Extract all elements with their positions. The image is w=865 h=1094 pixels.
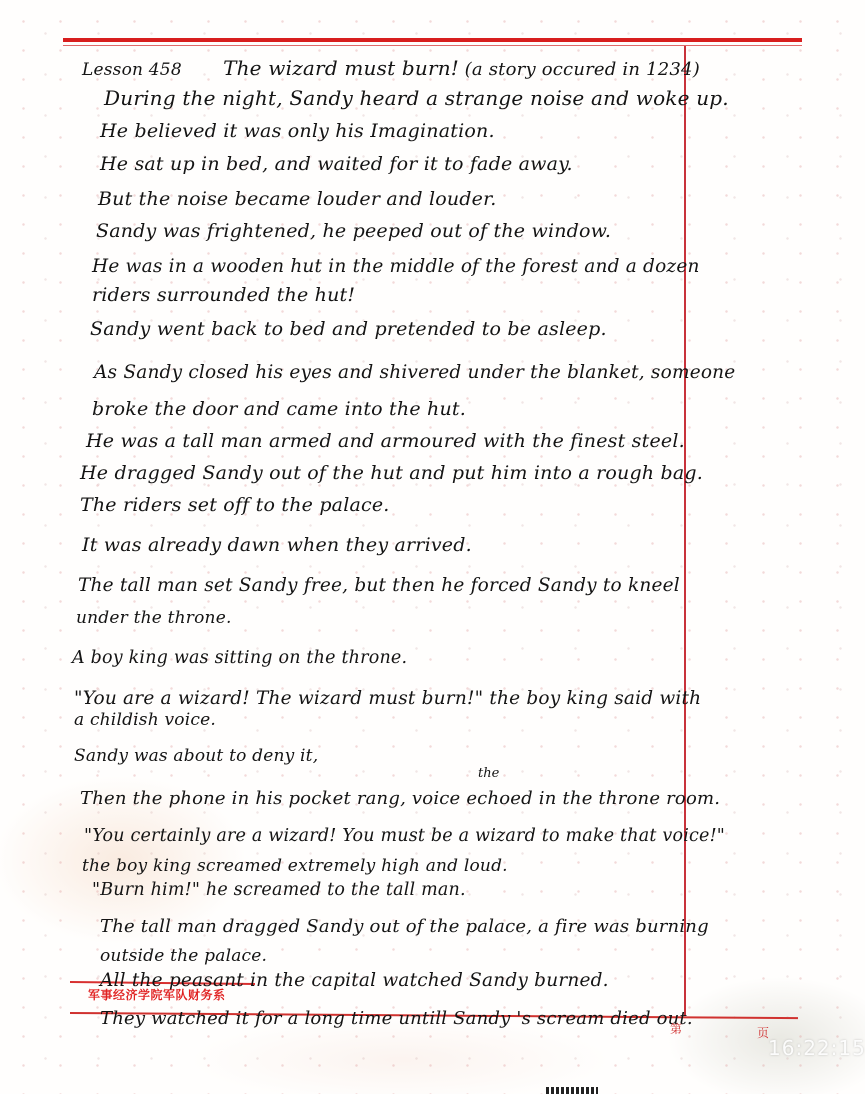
- text-line: He was a tall man armed and armoured wit…: [86, 430, 685, 452]
- text-line: He sat up in bed, and waited for it to f…: [100, 153, 573, 175]
- text-line: riders surrounded the hut!: [92, 284, 355, 306]
- text-line: Sandy went back to bed and pretended to …: [90, 318, 607, 340]
- text-line: the boy king screamed extremely high and…: [82, 856, 508, 876]
- notebook-page: Lesson 458 The wizard must burn! (a stor…: [0, 0, 865, 1094]
- text-line: "You are a wizard! The wizard must burn!…: [74, 688, 701, 709]
- timestamp-overlay: 16:22:15: [768, 1036, 865, 1060]
- text-line: But the noise became louder and louder.: [98, 188, 497, 210]
- text-line: The riders set off to the palace.: [80, 494, 390, 516]
- text-line: A boy king was sitting on the throne.: [72, 648, 407, 668]
- text-line: under the throne.: [76, 608, 232, 628]
- text-line: outside the palace.: [100, 946, 267, 966]
- text-line: Sandy was about to deny it,: [74, 746, 318, 766]
- text-line: The tall man set Sandy free, but then he…: [78, 575, 680, 596]
- header-rule-thin: [63, 45, 802, 46]
- margin-line: [684, 46, 686, 1016]
- text-line: a childish voice.: [74, 710, 216, 730]
- text-line: It was already dawn when they arrived.: [82, 534, 472, 556]
- text-line: broke the door and came into the hut.: [92, 398, 466, 420]
- page-prefix: 第: [670, 1020, 682, 1037]
- text-line: He was in a wooden hut in the middle of …: [92, 256, 700, 277]
- text-line: Then the phone in his pocket rang, voice…: [80, 788, 720, 809]
- text-line: Sandy was frightened, he peeped out of t…: [96, 220, 611, 242]
- text-line: "Burn him!" he screamed to the tall man.: [92, 880, 466, 900]
- text-line: He dragged Sandy out of the hut and put …: [80, 462, 703, 484]
- text-line: He believed it was only his Imagination.: [100, 120, 495, 142]
- lesson-header: Lesson 458 The wizard must burn! (a stor…: [82, 56, 700, 80]
- text-line: "You certainly are a wizard! You must be…: [84, 826, 725, 846]
- story-subtitle: (a story occured in 1234): [465, 59, 700, 80]
- header-rule-thick: [63, 38, 802, 42]
- lesson-number: Lesson 458: [82, 60, 182, 80]
- institution-footer: 军事经济学院军队财务系: [88, 986, 226, 1003]
- text-line: During the night, Sandy heard a strange …: [104, 86, 729, 110]
- insertion-mark: the: [478, 766, 499, 781]
- qr-code-fragment-icon: [546, 1087, 598, 1094]
- story-title: The wizard must burn!: [223, 56, 459, 80]
- text-line: They watched it for a long time untill S…: [100, 1008, 693, 1029]
- text-line: As Sandy closed his eyes and shivered un…: [94, 362, 735, 383]
- text-line: The tall man dragged Sandy out of the pa…: [100, 916, 709, 937]
